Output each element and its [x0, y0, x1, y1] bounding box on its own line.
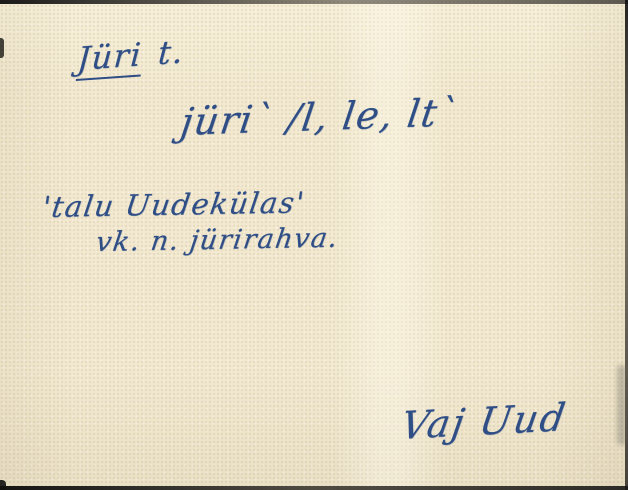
scanned-index-card: Jürit. jüri` /l, le, lt` 'talu Uudekülas… [0, 0, 628, 490]
scan-mark-bottom-left [0, 480, 6, 490]
scan-edge-bottom [0, 486, 628, 490]
signature: VajUud [398, 395, 570, 448]
note-line-village: vk. n. jürirahva. [94, 223, 341, 258]
entry-line: jüri` /l, le, lt` [178, 90, 462, 144]
card-heading: Jürit. [76, 32, 185, 78]
scan-edge-top [0, 0, 628, 4]
heading-suffix: t. [157, 32, 186, 72]
scan-smudge-right [617, 365, 626, 445]
signature-word1: Vaj [398, 400, 469, 448]
note-line-farm: 'talu Uudekülas' [40, 185, 307, 224]
heading-keyword-underlined: Jüri [76, 35, 144, 81]
signature-word2: Uud [476, 395, 570, 444]
scan-mark-top-left [0, 38, 4, 58]
